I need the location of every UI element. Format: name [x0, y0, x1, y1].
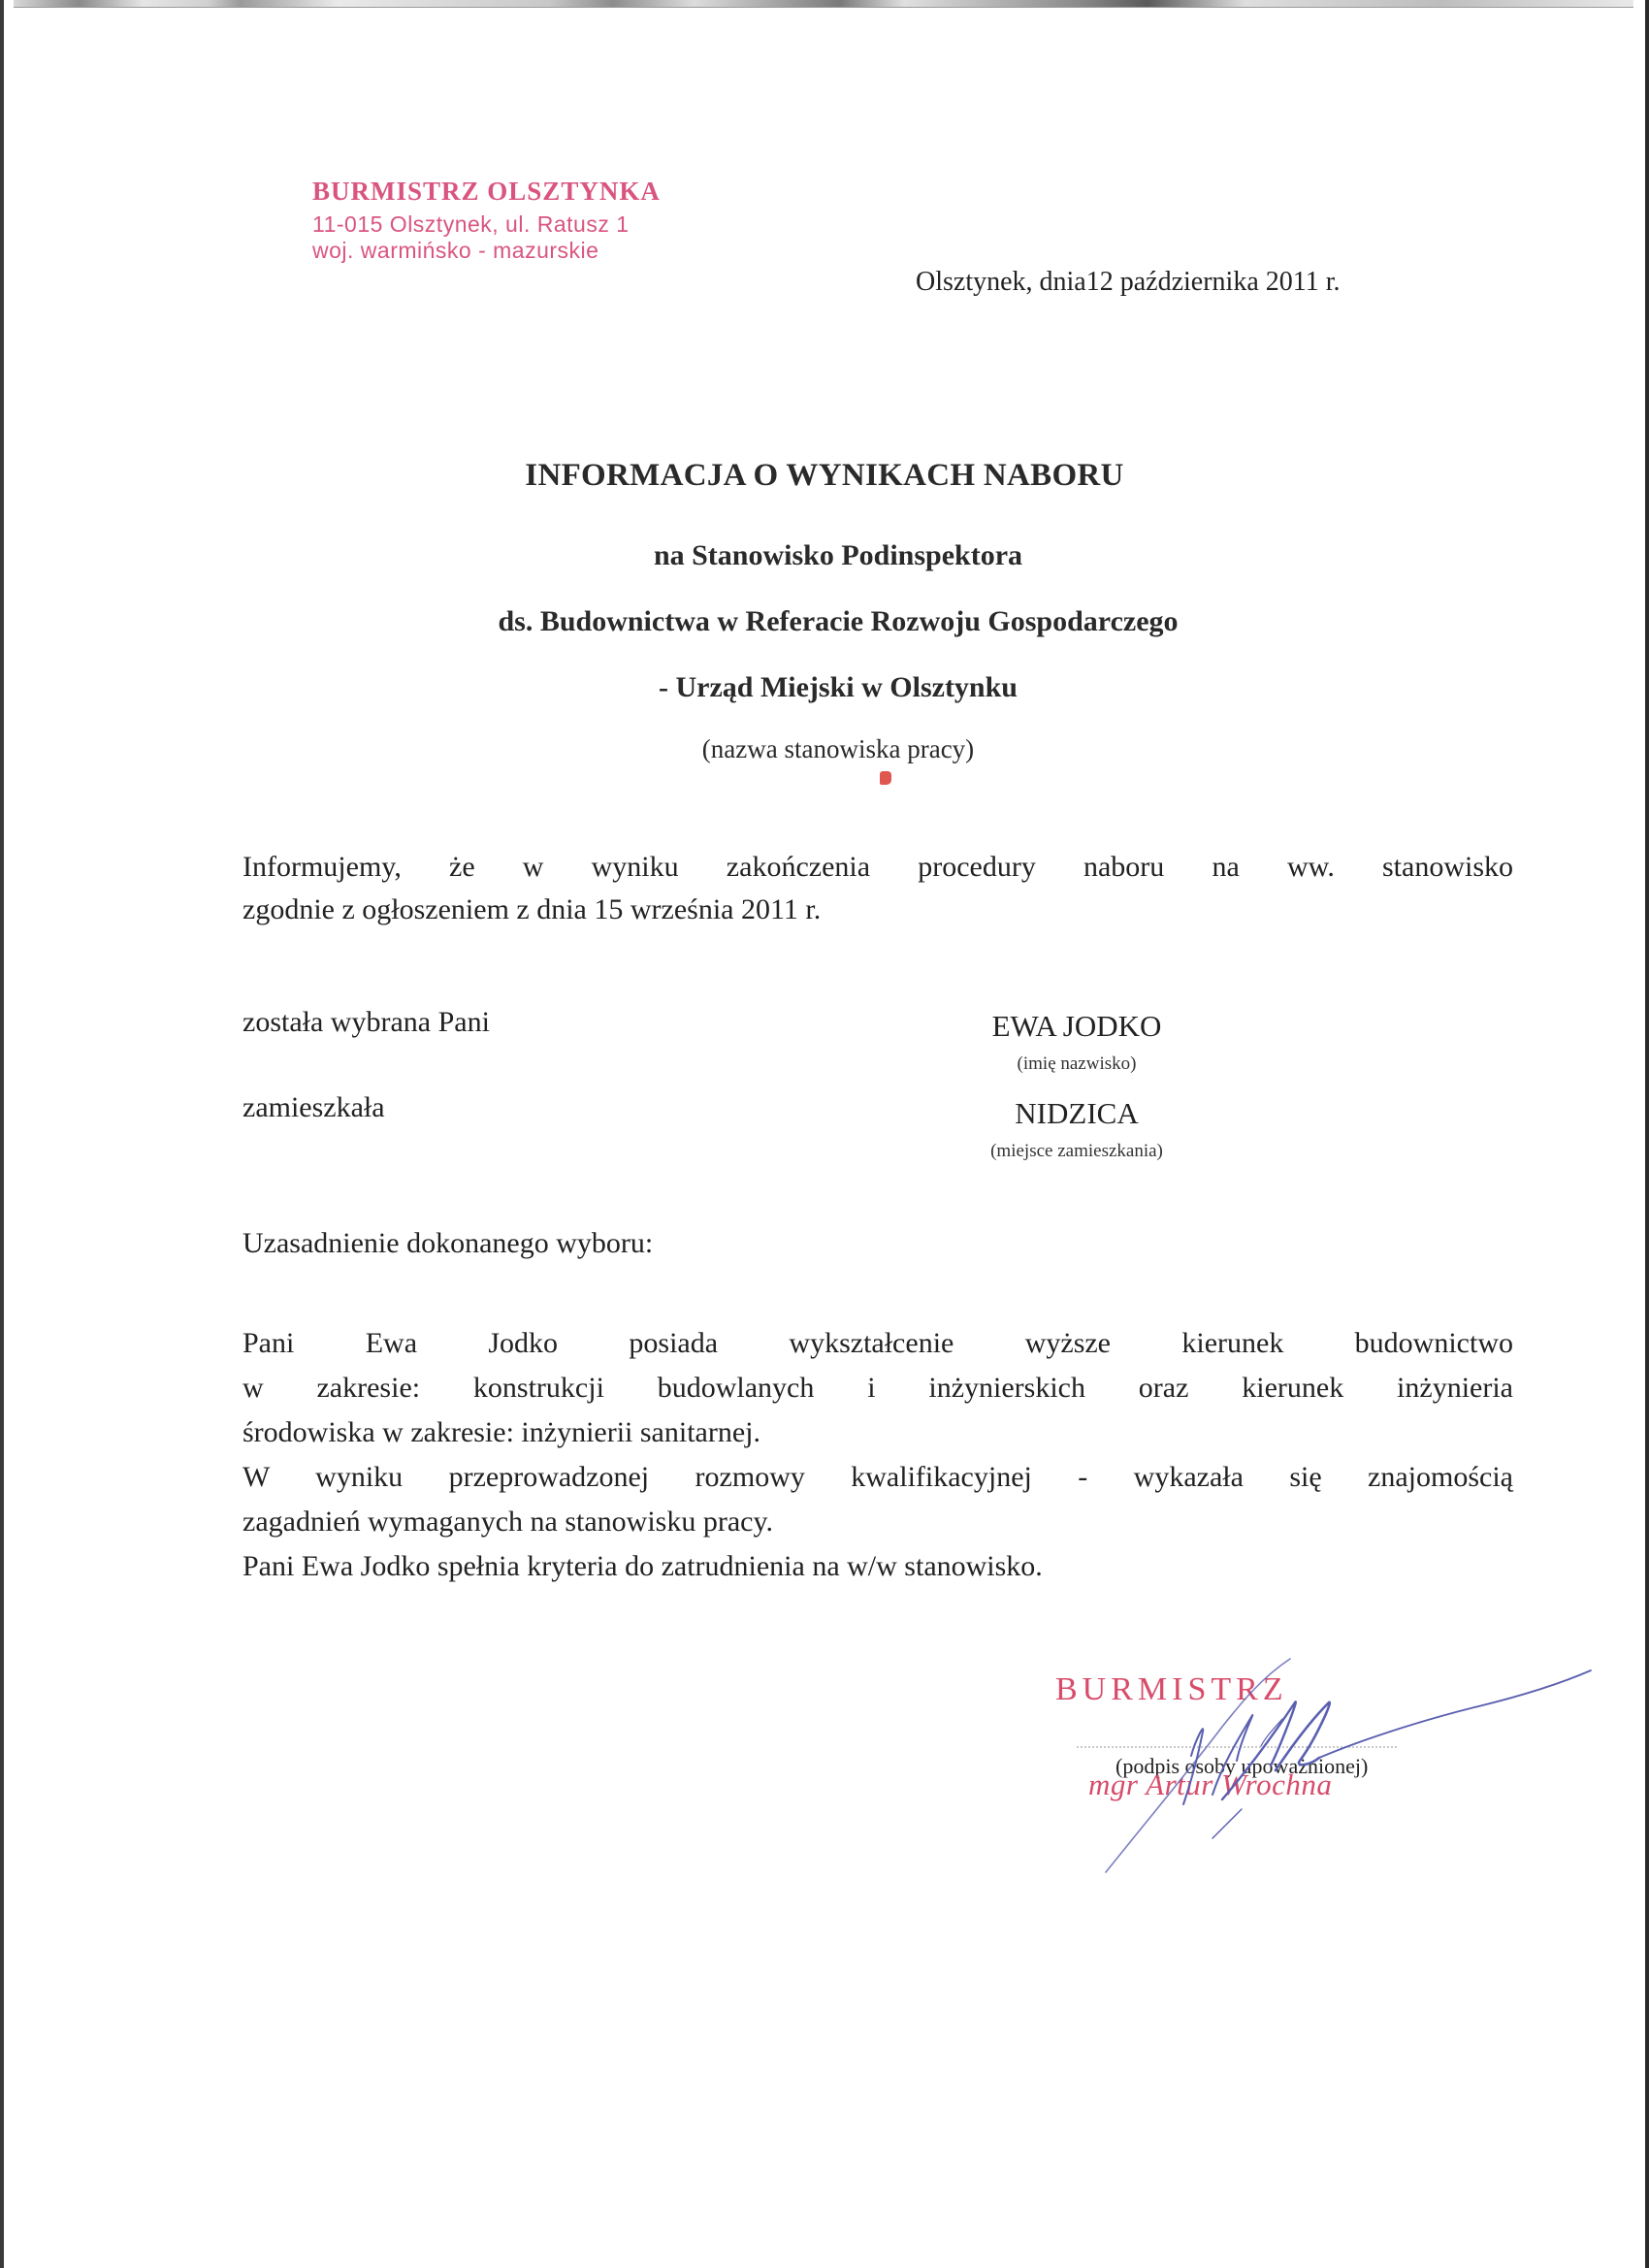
justification-line: w zakresie: konstrukcji budowlanych i in… [242, 1366, 1513, 1410]
justification-paragraph: Pani Ewa Jodko posiada wykształcenie wyż… [242, 1321, 1513, 1589]
handwritten-signature-icon [1067, 1649, 1610, 1901]
scan-edge-left [0, 0, 4, 2268]
residence-label: zamieszkała [242, 1091, 385, 1124]
intro-paragraph: Informujemy, że w wyniku zakończenia pro… [242, 846, 1513, 931]
intro-line-1: Informujemy, że w wyniku zakończenia pro… [242, 846, 1513, 889]
scan-edge-right [1645, 0, 1649, 2268]
document-title: INFORMACJA O WYNIKACH NABORU [0, 458, 1649, 494]
red-ink-mark [880, 771, 891, 785]
selected-name: EWA JODKO [883, 1009, 1271, 1044]
justification-line: środowiska w zakresie: inżynierii sanita… [242, 1410, 1513, 1455]
stamp-address-line-1: 11-015 Olsztynek, ul. Ratusz 1 [312, 211, 630, 238]
justification-line: Pani Ewa Jodko posiada wykształcenie wyż… [242, 1321, 1513, 1366]
justification-line: zagadnień wymaganych na stanowisku pracy… [242, 1500, 1513, 1544]
stamp-title: BURMISTRZ OLSZTYNKA [312, 177, 661, 207]
residence-caption: (miejsce zamieszkania) [883, 1141, 1271, 1162]
position-line-3: - Urząd Miejski w Olsztynku [14, 671, 1649, 704]
justification-line: W wyniku przeprowadzonej rozmowy kwalifi… [242, 1455, 1513, 1500]
residence-value: NIDZICA [883, 1096, 1271, 1131]
scan-edge-top-line [14, 7, 1633, 8]
intro-line-2: zgodnie z ogłoszeniem z dnia 15 września… [242, 889, 1513, 931]
stamp-address-line-2: woj. warmińsko - mazurskie [312, 238, 598, 264]
selected-name-caption: (imię nazwisko) [883, 1053, 1271, 1075]
justification-heading: Uzasadnienie dokonanego wyboru: [242, 1227, 653, 1260]
scan-edge-top [14, 0, 1633, 7]
position-caption: (nazwa stanowiska pracy) [14, 734, 1649, 764]
selected-label: została wybrana Pani [242, 1006, 490, 1039]
justification-line: Pani Ewa Jodko spełnia kryteria do zatru… [242, 1544, 1513, 1589]
date-line: Olsztynek, dnia12 października 2011 r. [916, 267, 1341, 298]
position-line-2: ds. Budownictwa w Referacie Rozwoju Gosp… [14, 605, 1649, 638]
position-line-1: na Stanowisko Podinspektora [14, 539, 1649, 572]
